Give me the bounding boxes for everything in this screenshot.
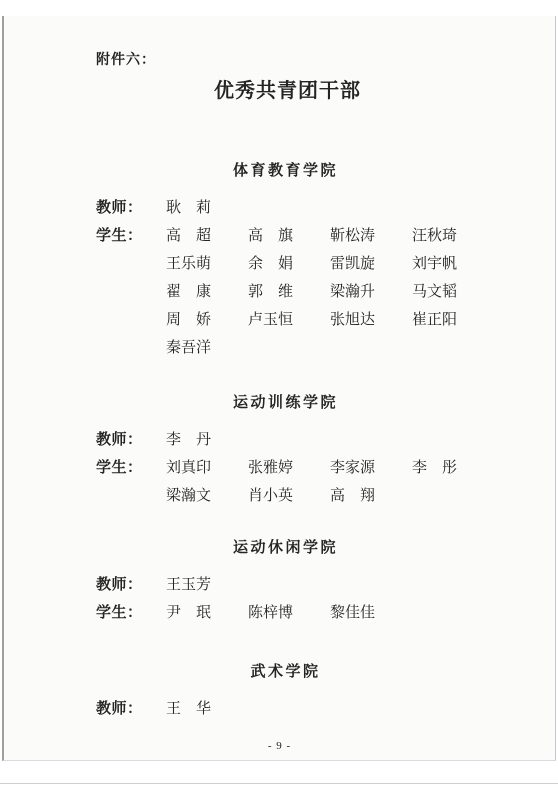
page-title: 优秀共青团干部	[12, 74, 558, 103]
section-rows: 教师：王 华	[4, 695, 555, 723]
scan-edge-line	[0, 783, 558, 784]
student-name: 高 超	[166, 222, 211, 250]
section-3: 运动休闲学院教师：王玉芳学生：尹 珉陈梓博黎佳佳	[4, 539, 555, 627]
student-name: 梁瀚文	[166, 482, 211, 510]
section-title: 运动休闲学院	[10, 539, 558, 557]
page-number: - 9 -	[4, 740, 555, 752]
student-row: 秦吾洋	[4, 334, 555, 362]
student-name: 秦吾洋	[166, 334, 211, 362]
student-row: 学生：刘真印张雅婷李家源李 彤	[4, 454, 555, 482]
section-rows: 教师：李 丹学生：刘真印张雅婷李家源李 彤梁瀚文肖小英高 翔	[4, 426, 555, 510]
teacher-row: 教师：王 华	[4, 695, 555, 723]
student-name: 马文韬	[412, 278, 457, 306]
student-name: 梁瀚升	[330, 278, 375, 306]
teacher-name: 王玉芳	[166, 571, 211, 599]
section-2: 运动训练学院教师：李 丹学生：刘真印张雅婷李家源李 彤梁瀚文肖小英高 翔	[4, 394, 555, 510]
student-label: 学生：	[96, 454, 143, 482]
teacher-label: 教师：	[96, 695, 143, 723]
student-row: 学生：高 超高 旗靳松涛汪秋琦	[4, 222, 555, 250]
teacher-name: 王 华	[166, 695, 211, 723]
student-name: 李 彤	[412, 454, 457, 482]
student-name: 黎佳佳	[330, 599, 375, 627]
student-name: 肖小英	[248, 482, 293, 510]
section-title: 武术学院	[10, 663, 558, 681]
student-name: 汪秋琦	[412, 222, 457, 250]
student-name: 崔正阳	[412, 306, 457, 334]
section-title: 体育教育学院	[10, 162, 558, 180]
section-rows: 教师：耿 莉学生：高 超高 旗靳松涛汪秋琦王乐萌余 娟雷凯旋刘宇帆翟 康郭 维梁…	[4, 194, 555, 362]
teacher-name: 耿 莉	[166, 194, 211, 222]
student-row: 周 娇卢玉恒张旭达崔正阳	[4, 306, 555, 334]
student-name: 张旭达	[330, 306, 375, 334]
teacher-label: 教师：	[96, 194, 143, 222]
student-label: 学生：	[96, 599, 143, 627]
teacher-row: 教师：李 丹	[4, 426, 555, 454]
teacher-label: 教师：	[96, 571, 143, 599]
student-name: 卢玉恒	[248, 306, 293, 334]
student-name: 雷凯旋	[330, 250, 375, 278]
student-name: 余 娟	[248, 250, 293, 278]
student-name: 张雅婷	[248, 454, 293, 482]
scanned-page: 附件六： 优秀共青团干部 体育教育学院教师：耿 莉学生：高 超高 旗靳松涛汪秋琦…	[2, 16, 556, 761]
student-name: 陈梓博	[248, 599, 293, 627]
teacher-label: 教师：	[96, 426, 143, 454]
teacher-row: 教师：王玉芳	[4, 571, 555, 599]
student-name: 王乐萌	[166, 250, 211, 278]
section-1: 体育教育学院教师：耿 莉学生：高 超高 旗靳松涛汪秋琦王乐萌余 娟雷凯旋刘宇帆翟…	[4, 162, 555, 362]
student-name: 高 旗	[248, 222, 293, 250]
student-label: 学生：	[96, 222, 143, 250]
student-name: 李家源	[330, 454, 375, 482]
student-name: 刘真印	[166, 454, 211, 482]
student-name: 尹 珉	[166, 599, 211, 627]
student-row: 学生：尹 珉陈梓博黎佳佳	[4, 599, 555, 627]
student-row: 王乐萌余 娟雷凯旋刘宇帆	[4, 250, 555, 278]
student-row: 翟 康郭 维梁瀚升马文韬	[4, 278, 555, 306]
section-rows: 教师：王玉芳学生：尹 珉陈梓博黎佳佳	[4, 571, 555, 627]
student-row: 梁瀚文肖小英高 翔	[4, 482, 555, 510]
attachment-label: 附件六：	[96, 49, 156, 69]
teacher-row: 教师：耿 莉	[4, 194, 555, 222]
student-name: 刘宇帆	[412, 250, 457, 278]
student-name: 周 娇	[166, 306, 211, 334]
student-name: 郭 维	[248, 278, 293, 306]
student-name: 靳松涛	[330, 222, 375, 250]
section-4: 武术学院教师：王 华	[4, 663, 555, 723]
teacher-name: 李 丹	[166, 426, 211, 454]
student-name: 翟 康	[166, 278, 211, 306]
student-name: 高 翔	[330, 482, 375, 510]
section-title: 运动训练学院	[10, 394, 558, 412]
